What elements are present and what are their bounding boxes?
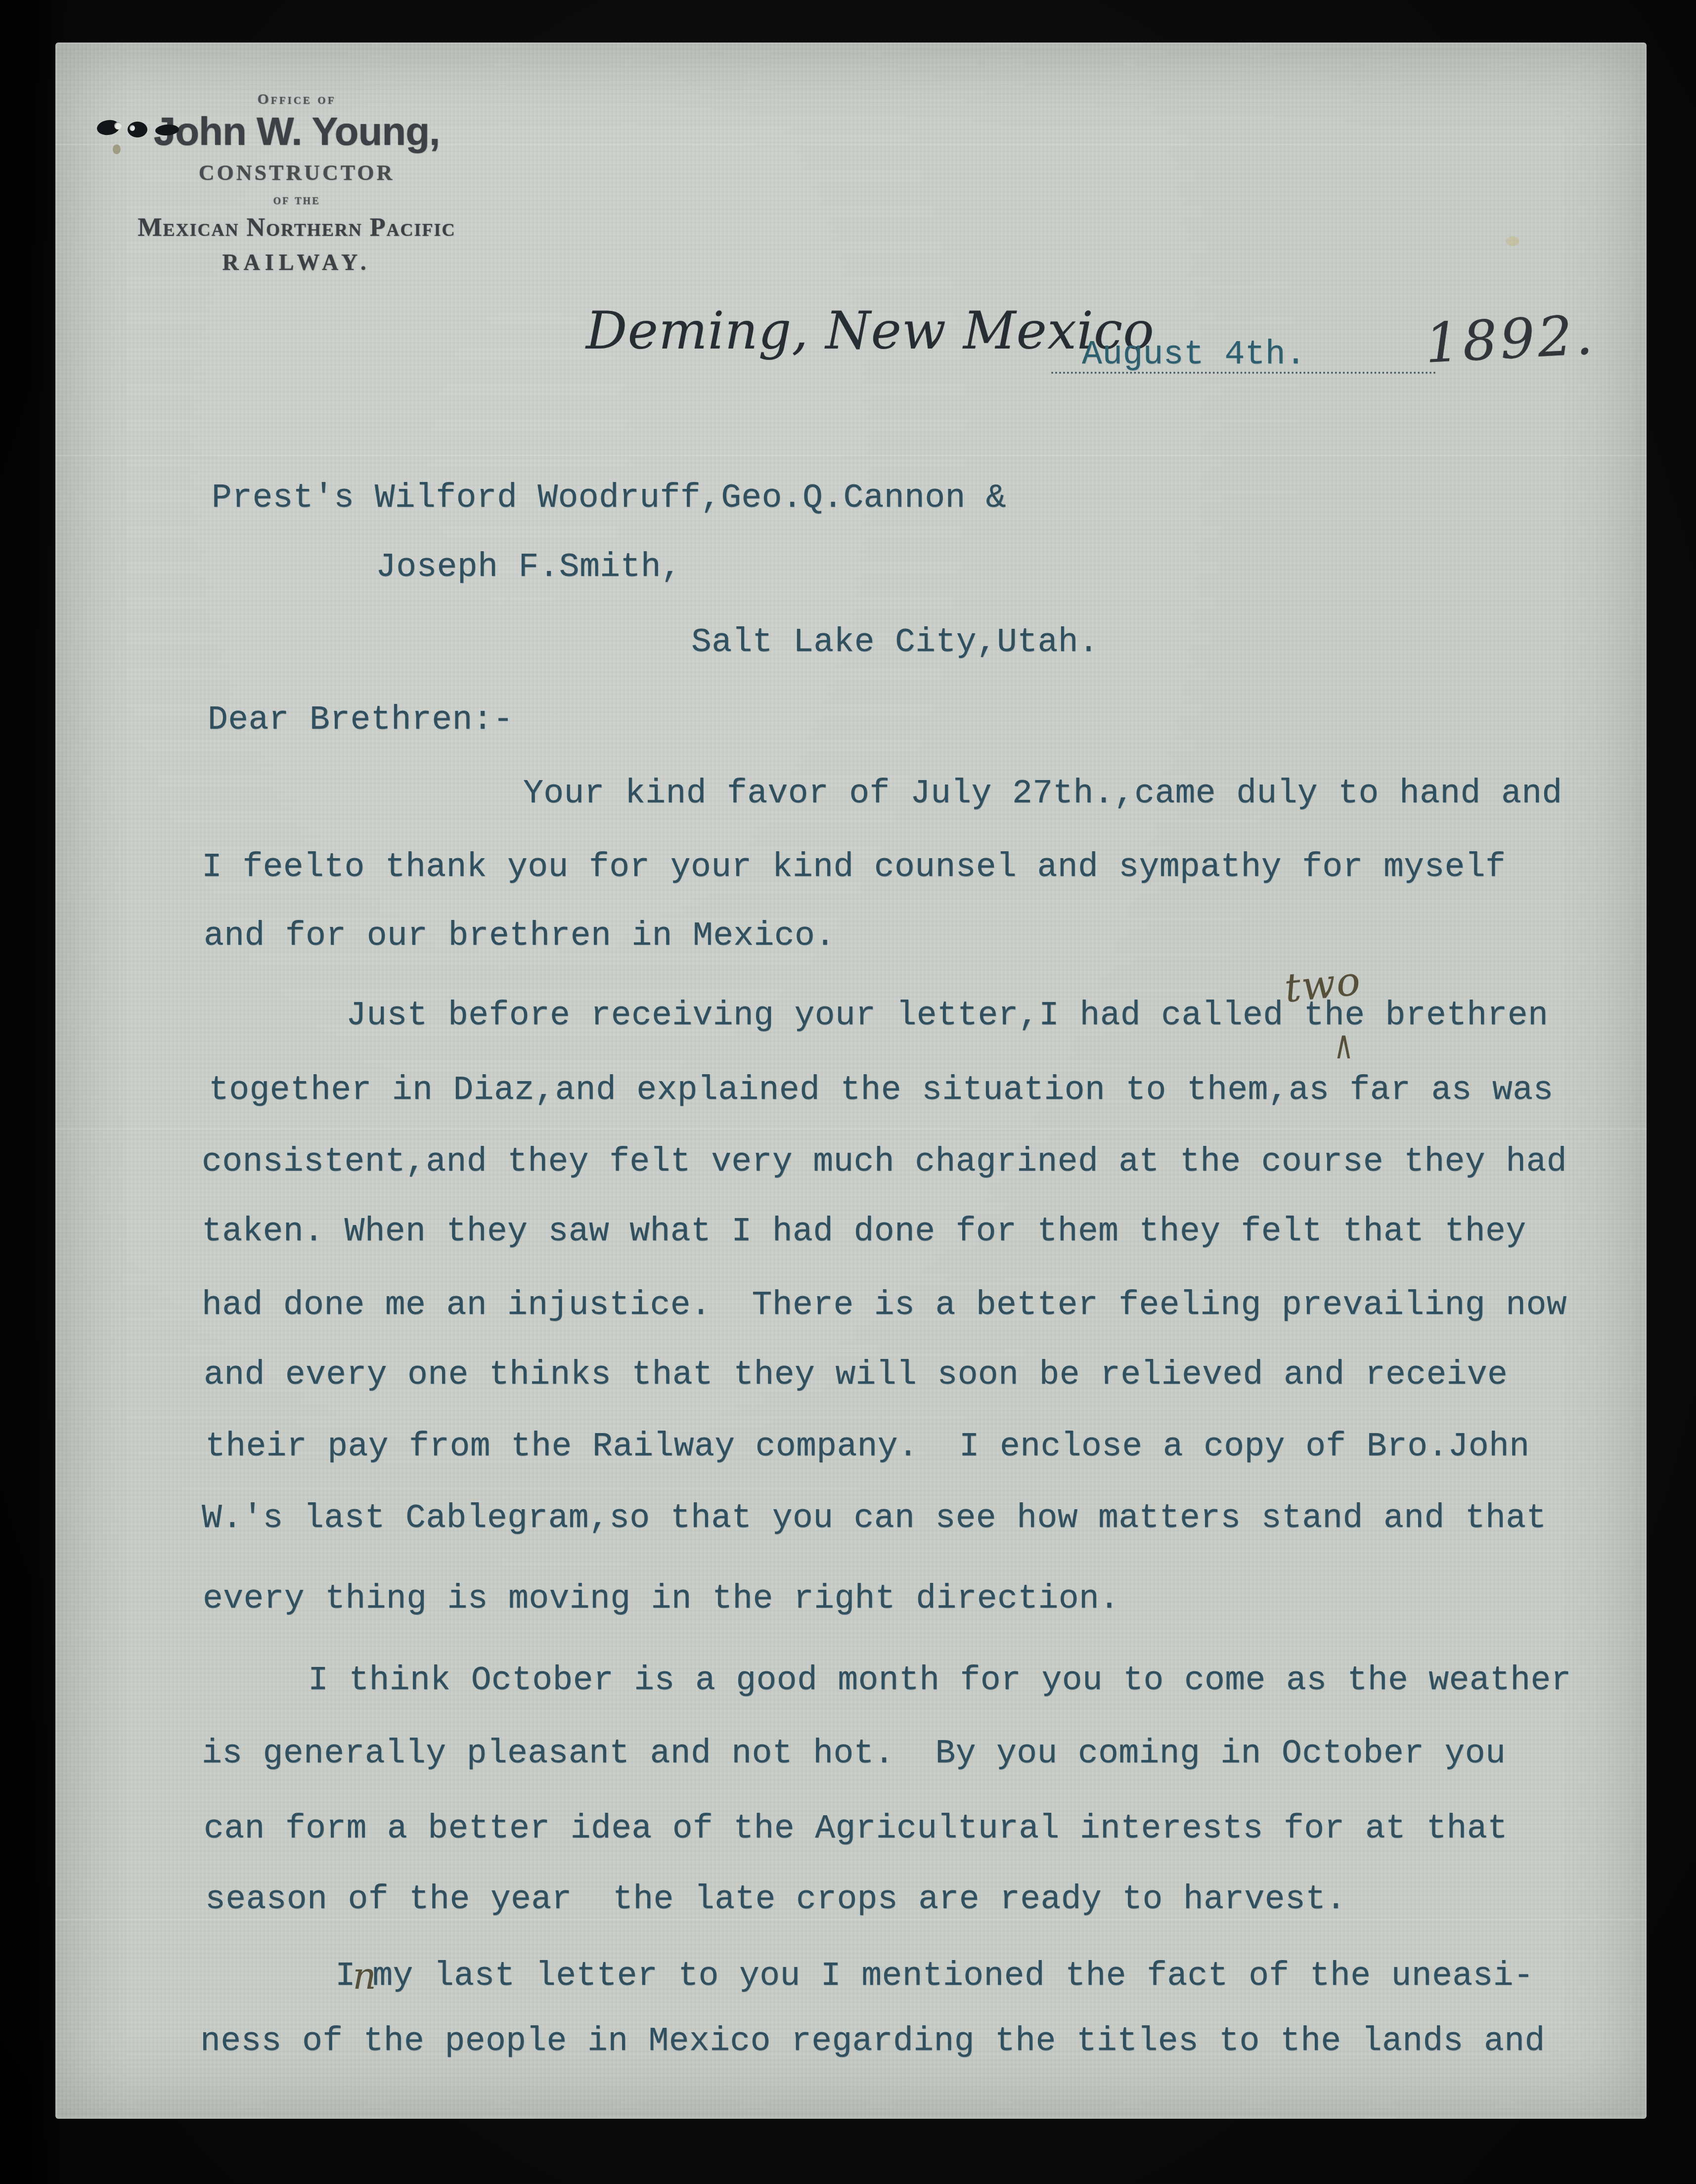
paper-hole — [130, 125, 135, 131]
paper-crease — [55, 1919, 1647, 1922]
recipient-line: Prest's Wilford Woodruff,Geo.Q.Cannon & — [212, 481, 1006, 515]
typed-line: W.'s last Cablegram,so that you can see … — [202, 1502, 1547, 1535]
typed-line-with-correction: Inmy last letter to you I mentioned the … — [335, 1954, 1534, 1993]
letterhead: Office of John W. Young, CONSTRUCTOR of … — [74, 91, 519, 275]
typed-line: season of the year the late crops are re… — [205, 1883, 1346, 1917]
dateline-year-handwritten: 1892. — [1424, 303, 1597, 375]
typed-line: ness of the people in Mexico regarding t… — [200, 2025, 1545, 2058]
typed-line: every thing is moving in the right direc… — [203, 1582, 1119, 1616]
typed-line: their pay from the Railway company. I en… — [205, 1430, 1529, 1464]
typed-line: and for our brethren in Mexico. — [204, 919, 835, 953]
dateline-typed-date: August 4th. — [1082, 338, 1306, 372]
letterhead-title: CONSTRUCTOR — [74, 160, 519, 185]
recipient-line: Salt Lake City,Utah. — [691, 626, 1099, 659]
stain — [1506, 236, 1519, 246]
paper-crease — [55, 455, 1647, 457]
recipient-line: Joseph F.Smith, — [376, 551, 681, 584]
typed-line: is generally pleasant and not hot. By yo… — [202, 1737, 1506, 1771]
letterhead-office-of: Office of — [74, 91, 519, 108]
typed-line: had done me an injustice. There is a bet… — [202, 1289, 1567, 1322]
stain — [113, 144, 121, 154]
letterhead-railway: RAILWAY. — [74, 249, 519, 275]
typed-line: consistent,and they felt very much chagr… — [202, 1145, 1567, 1179]
typed-line: together in Diaz,and explained the situa… — [209, 1074, 1554, 1107]
typed-line: I feelto thank you for your kind counsel… — [202, 851, 1506, 884]
dateline-place-script: Deming, New Mexico — [586, 301, 1155, 361]
paper-hole — [114, 122, 122, 130]
typed-line: and every one thinks that they will soon… — [204, 1358, 1508, 1392]
letterhead-of-the: of the — [74, 192, 519, 208]
letterhead-company: Mexican Northern Pacific — [74, 213, 519, 242]
scan-background: Office of John W. Young, CONSTRUCTOR of … — [0, 0, 1696, 2184]
paper-crease — [55, 1129, 1647, 1131]
handwritten-n-correction: n — [353, 1958, 376, 1995]
typed-line: Just before receiving your letter,I had … — [346, 999, 1548, 1033]
salutation: Dear Brethren:- — [208, 703, 513, 737]
typed-line: I think October is a good month for you … — [308, 1664, 1571, 1698]
typed-line: can form a better idea of the Agricultur… — [204, 1812, 1508, 1846]
typed-line: taken. When they saw what I had done for… — [202, 1215, 1526, 1249]
typed-segment: my last letter to you I mentioned the fa… — [372, 1957, 1534, 1995]
typed-line: Your kind favor of July 27th.,came duly … — [523, 777, 1562, 811]
